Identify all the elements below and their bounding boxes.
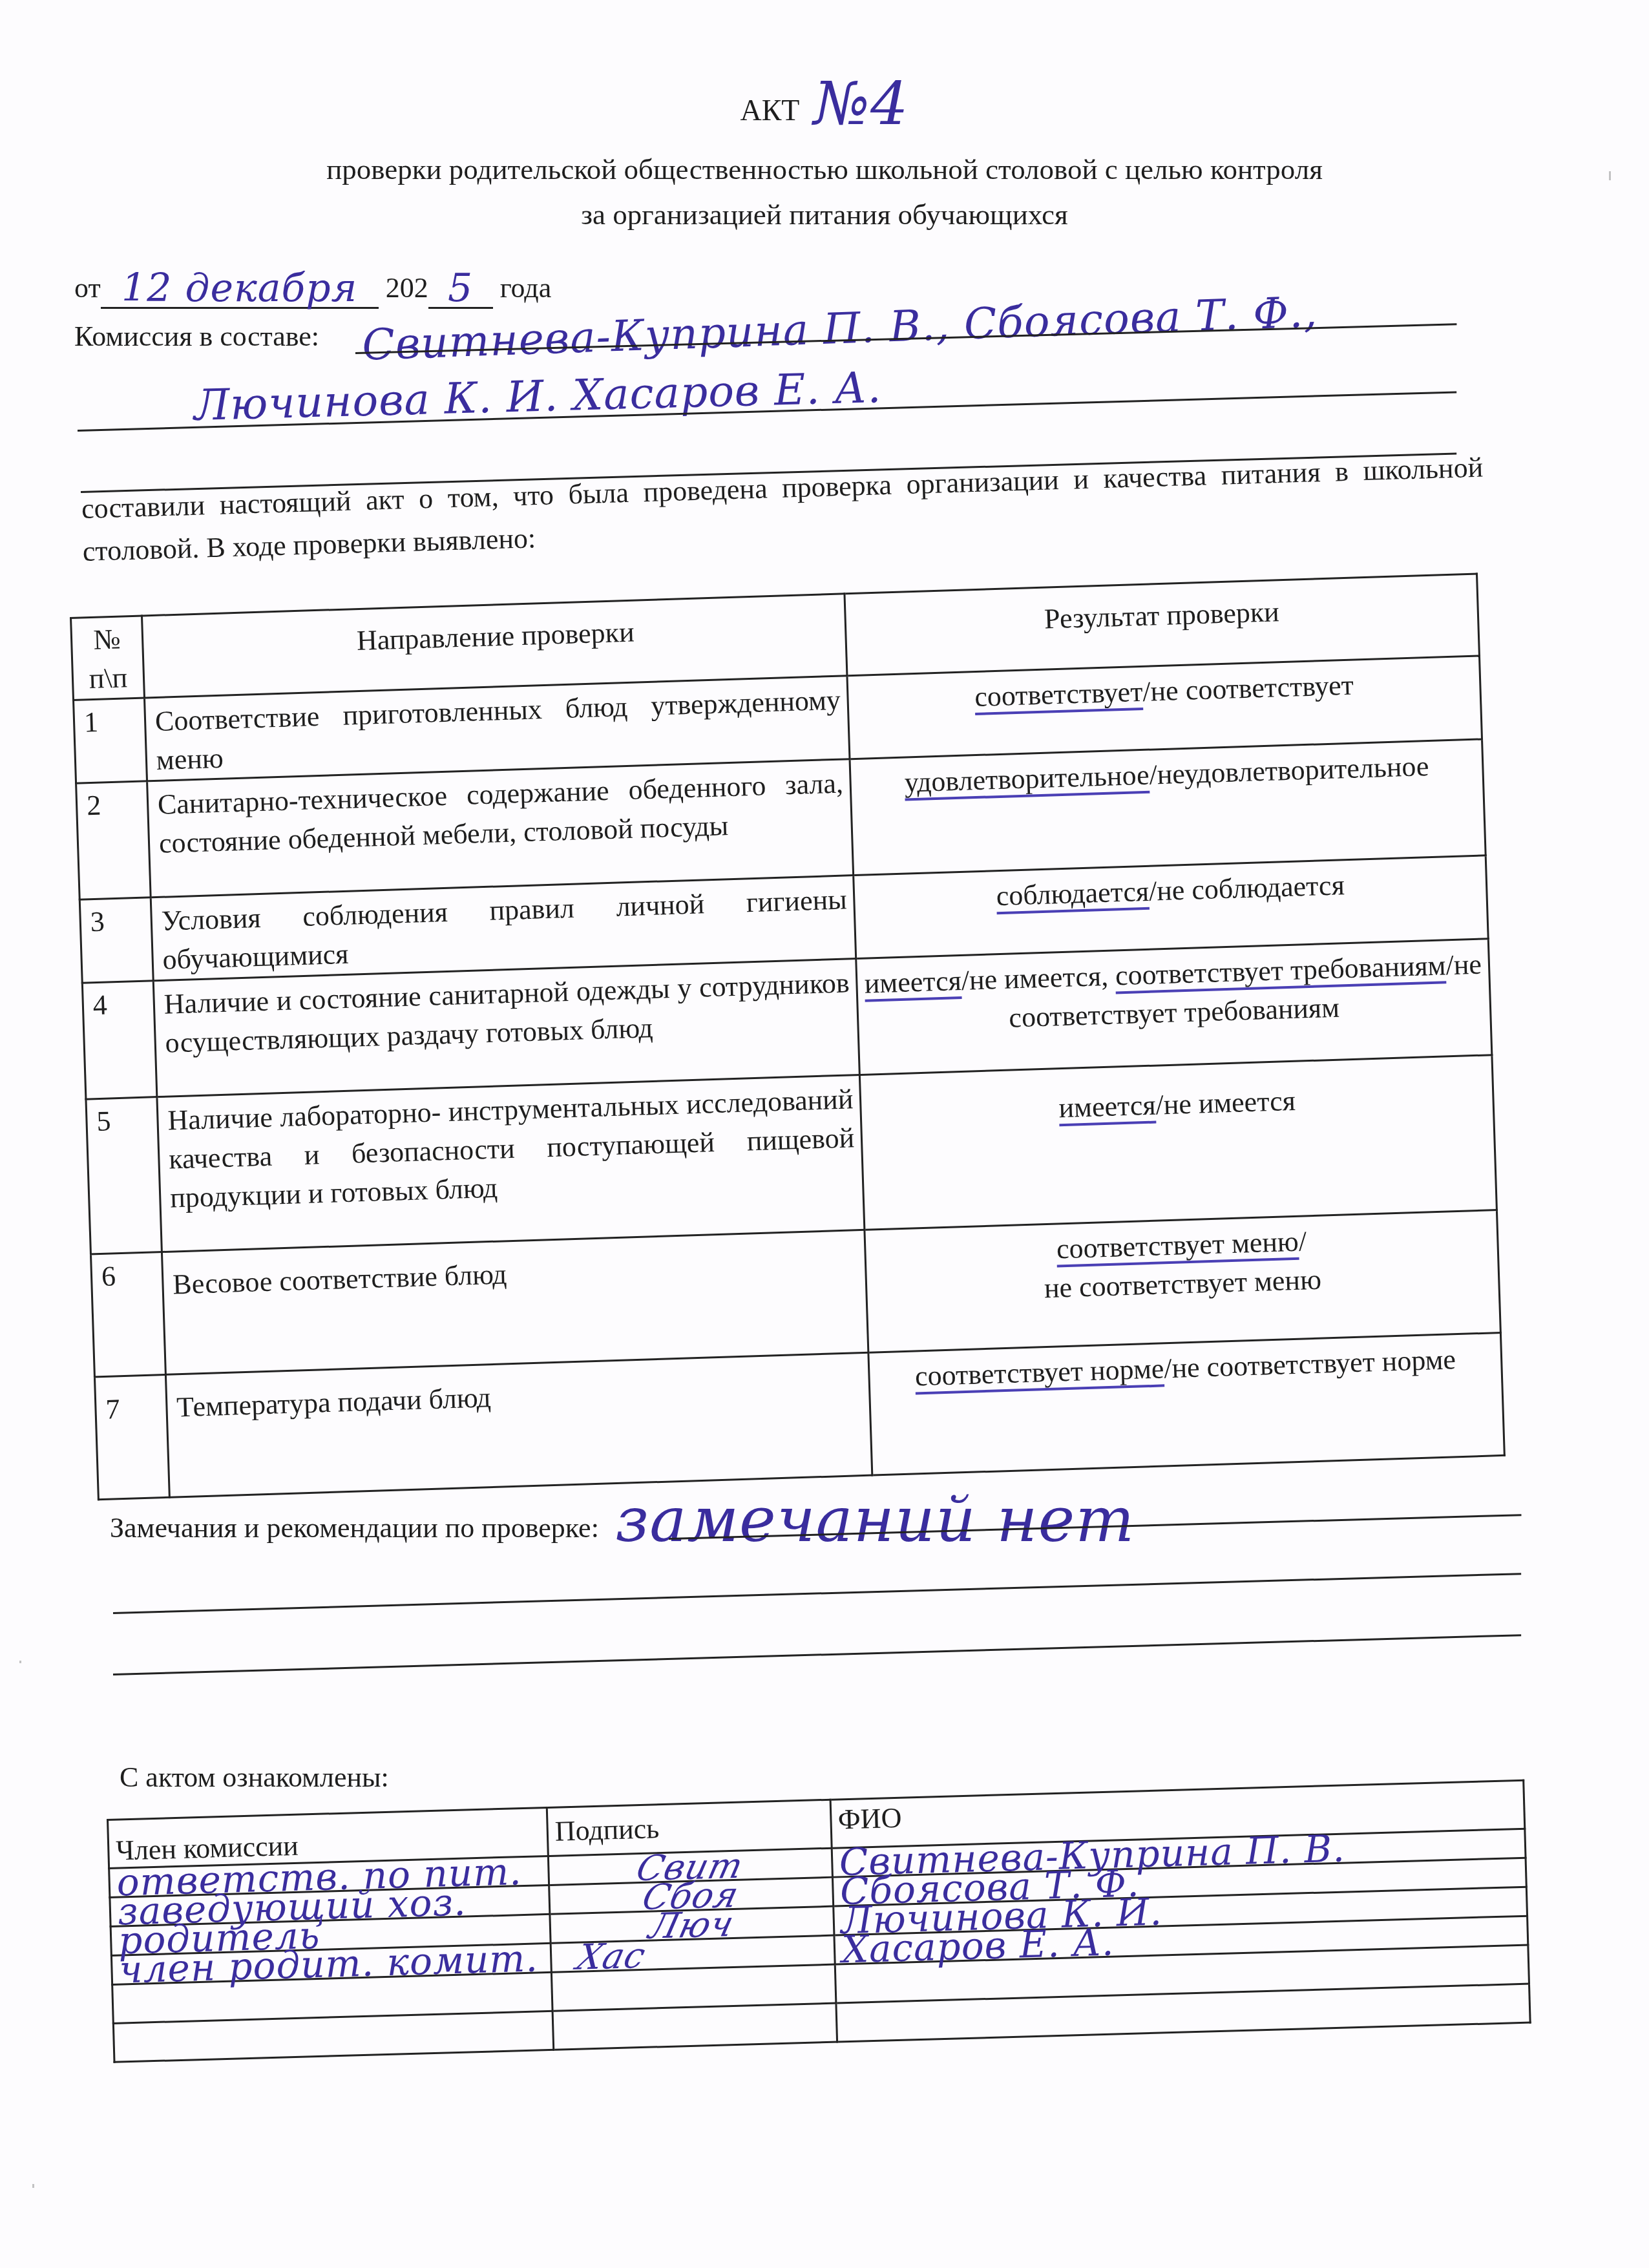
row-result[interactable]: имеется/не имеется, соответствует требов… xyxy=(856,939,1492,1075)
remarks-underline-3 xyxy=(113,1634,1521,1675)
row-direction: Санитарно-техническое содержание обеденн… xyxy=(147,759,853,898)
member-role[interactable]: член родит. комит. xyxy=(111,1943,551,1984)
row-number: 5 xyxy=(86,1097,162,1254)
header-number: № п\п xyxy=(71,616,145,700)
acquainted-label: С актом ознакомлены: xyxy=(120,1761,389,1795)
signature-table: Член комиссии Подпись ФИО ответств. по п… xyxy=(107,1780,1531,2063)
commission-members-line-2[interactable]: Лючинова К. И. Хасаров Е. А. xyxy=(193,362,882,430)
result-selected: соблюдается xyxy=(996,876,1150,912)
act-title: АКТ №4 xyxy=(0,65,1649,136)
remarks-row: Замечания и рекомендации по проверке: за… xyxy=(110,1480,1135,1552)
date-day-month-value: 12 декабря xyxy=(121,266,357,311)
row-number: 2 xyxy=(76,781,151,899)
row-number: 4 xyxy=(82,981,156,1099)
result-option: не имеется xyxy=(1163,1085,1296,1120)
row-direction: Температура подачи блюд xyxy=(165,1352,872,1497)
result-option: не соответствует меню xyxy=(1044,1264,1321,1304)
scan-speck xyxy=(19,1661,21,1663)
scanned-document-page: АКТ №4 проверки родительской общественно… xyxy=(0,0,1649,2268)
result-selected-compliance: соответствует требованиям xyxy=(1115,949,1446,991)
scan-speck xyxy=(32,2184,34,2188)
result-option: неудовлетворительное xyxy=(1157,750,1429,790)
date-suffix: года xyxy=(500,272,552,304)
result-option: не соответствует норме xyxy=(1171,1343,1456,1384)
result-option: /не имеется, xyxy=(961,960,1116,996)
row-result[interactable]: соответствует меню/не соответствует меню xyxy=(865,1210,1500,1353)
date-row: от12 декабря 2025 года xyxy=(74,262,551,309)
act-number-handwritten: №4 xyxy=(814,69,909,138)
intro-paragraph: составили настоящий акт о том, что была … xyxy=(81,446,1485,573)
act-title-label: АКТ xyxy=(740,94,799,127)
date-day-month-field[interactable]: 12 декабря xyxy=(101,262,379,309)
result-selected: имеется xyxy=(1058,1089,1156,1124)
row-direction: Весовое соответствие блюд xyxy=(162,1230,868,1374)
remarks-underline-2 xyxy=(113,1573,1521,1614)
result-selected: удовлетворительное xyxy=(904,759,1150,799)
row-result[interactable]: соответствует норме/не соответствует нор… xyxy=(868,1332,1504,1475)
date-year-digit: 5 xyxy=(448,266,473,311)
inspection-table-container: № п\п Направление проверки Результат про… xyxy=(70,573,1506,1501)
date-year-field[interactable]: 5 xyxy=(428,262,493,309)
row-number: 1 xyxy=(74,698,147,783)
result-selected: соответствует xyxy=(974,676,1144,713)
remarks-label: Замечания и рекомендации по проверке: xyxy=(110,1512,599,1544)
row-direction: Наличие и состояние санитарной одежды у … xyxy=(153,959,859,1097)
row-number: 6 xyxy=(90,1252,165,1377)
signature-scribble: Люч xyxy=(647,1911,737,1940)
result-selected: соответствует норме xyxy=(914,1352,1164,1392)
date-prefix: от xyxy=(74,272,101,304)
date-year-prefix: 202 xyxy=(386,272,428,304)
act-subtitle-line-1: проверки родительской общественностью шк… xyxy=(0,152,1649,187)
result-selected: соответствует меню xyxy=(1056,1226,1299,1265)
member-signature[interactable] xyxy=(552,2003,837,2050)
row-result[interactable]: имеется/не имеется xyxy=(860,1055,1497,1230)
result-selected-presence: имеется xyxy=(864,965,961,1000)
result-option: не соответствует xyxy=(1150,669,1354,708)
inspection-table: № п\п Направление проверки Результат про… xyxy=(70,573,1506,1501)
act-subtitle-line-2: за организацией питания обучающихся xyxy=(0,197,1649,232)
scan-speck xyxy=(1609,171,1611,180)
remarks-value[interactable]: замечаний нет xyxy=(615,1484,1135,1556)
row-direction: Наличие лабораторно- инструментальных ис… xyxy=(157,1075,865,1252)
result-option: не соблюдается xyxy=(1157,869,1345,907)
commission-label: Комиссия в составе: xyxy=(74,320,319,352)
signature-table-container: Член комиссии Подпись ФИО ответств. по п… xyxy=(107,1780,1531,2063)
signature-scribble: Хас xyxy=(574,1942,648,1971)
row-number: 3 xyxy=(79,898,153,983)
row-result[interactable]: удовлетворительное/неудовлетворительное xyxy=(850,739,1486,876)
